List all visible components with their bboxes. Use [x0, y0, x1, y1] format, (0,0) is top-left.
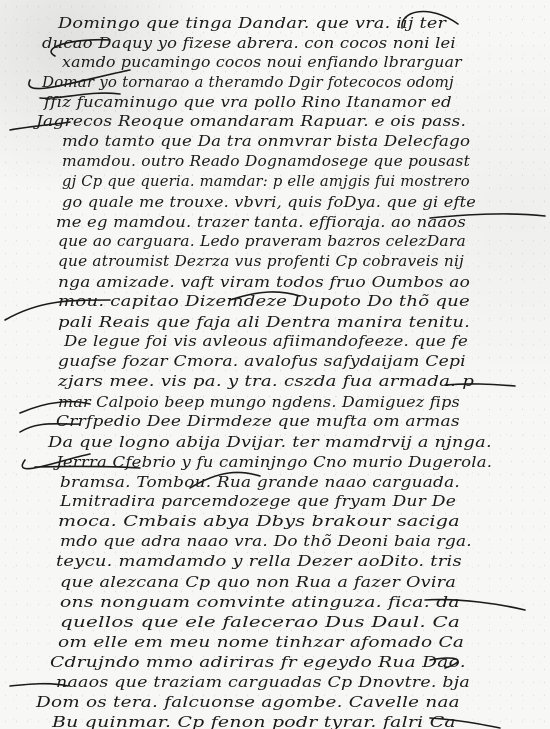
manuscript-line: pali Reais que faja ali Dentra manira te…: [58, 313, 470, 331]
manuscript-line: ffiz fucaminugo que vra pollo Rino Itana…: [44, 93, 452, 111]
manuscript-line: go quale me trouxe. vbvri, quis foDya. q…: [62, 193, 476, 211]
manuscript-line: bramsa. Tombou. Rua grande naao carguada…: [60, 473, 460, 491]
manuscript-line: gj Cp que queria. mamdar: p elle amjgis …: [62, 172, 470, 190]
manuscript-line: mar Calpoio beep mungo ngdens. Damiguez …: [58, 393, 460, 411]
manuscript-line: que ao carguara. Ledo praveram bazros ce…: [58, 232, 466, 250]
manuscript-line: Cdrujndo mmo adiriras fr egeydo Rua Dao.: [50, 653, 466, 671]
manuscript-line: moca. Cmbais abya Dbys brakour saciga: [58, 512, 460, 530]
manuscript-line: om elle em meu nome tinhzar afomado Ca: [58, 633, 464, 651]
manuscript-line: naaos que traziam carguadas Cp Dnovtre. …: [56, 673, 470, 691]
manuscript-line: mdo tamto que Da tra onmvrar bista Delec…: [62, 132, 470, 150]
manuscript-line: Bu quinmar. Cp fenon podr tyrar. falri C…: [52, 713, 456, 729]
manuscript-line: ons nonguam comvinte atinguza. fica. da: [60, 593, 460, 611]
manuscript-line: me eg mamdou. trazer tanta. effioraja. a…: [56, 213, 466, 231]
manuscript-page: Domingo que tinga Dandar. que vra. iij t…: [0, 0, 550, 729]
manuscript-line: que atroumist Dezrza vus profenti Cp cob…: [58, 252, 464, 270]
manuscript-line: Crrfpedio Dee Dirmdeze que mufta om arma…: [56, 412, 460, 430]
manuscript-line: mou. capitao Dizemdeze Dupoto Do thõ que: [58, 292, 470, 310]
manuscript-line: mamdou. outro Reado Dognamdosege que pou…: [62, 152, 470, 170]
manuscript-line: nga amizade. vaft viram todos fruo Oumbo…: [58, 273, 470, 291]
manuscript-line: Dom os tera. falcuonse agombe. Cavelle n…: [36, 693, 460, 711]
manuscript-line: zjars mee. vis pa. y tra. cszda fua arma…: [58, 372, 474, 390]
manuscript-line: De legue foi vis avleous afiimandofeeze.…: [64, 332, 468, 350]
manuscript-line: quellos que ele falecerao Dus Daul. Ca: [60, 613, 460, 631]
manuscript-line: guafse fozar Cmora. avalofus safydaijam …: [58, 352, 466, 370]
manuscript-line: mdo que adra naao vra. Do thõ Deoni baia…: [60, 532, 472, 550]
manuscript-line: Domingo que tinga Dandar. que vra. iij t…: [58, 14, 446, 32]
manuscript-line: xamdo pucamingo cocos noui enfiando lbra…: [62, 53, 462, 71]
manuscript-line: teycu. mamdamdo y rella Dezer aoDito. tr…: [56, 552, 462, 570]
manuscript-line: Jagrecos Reoque omandaram Rapuar. e ois …: [36, 112, 466, 130]
manuscript-line: Lmitradira parcemdozege que fryam Dur De: [60, 492, 456, 510]
manuscript-line: Domar yo tornarao a theramdo Dgir foteco…: [42, 73, 454, 91]
manuscript-line: Da que logno abija Dvijar. ter mamdrvij …: [48, 433, 492, 451]
manuscript-line: Jerrra Cfebrio y fu caminjngo Cno murio …: [56, 453, 492, 471]
manuscript-line: ducao Daquy yo fizese abrera. con cocos …: [42, 34, 456, 52]
manuscript-line: que alezcana Cp quo non Rua a fazer Ovir…: [60, 573, 456, 591]
